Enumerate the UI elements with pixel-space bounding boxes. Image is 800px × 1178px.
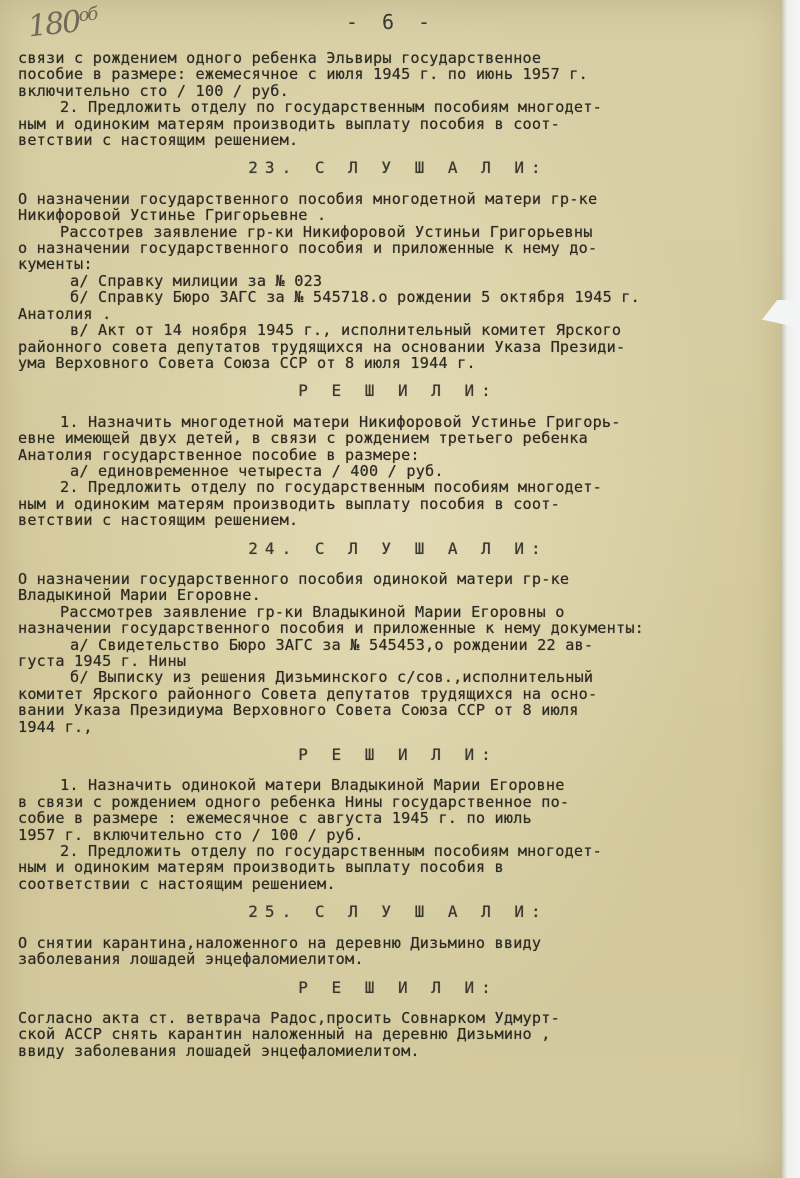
text-line: включительно сто / 100 / руб. [18,83,778,99]
decided-heading: Р Е Ш И Л И: [18,980,778,996]
text-line: кументы: [18,256,778,272]
text-line: ным и одиноким матерям производить выпла… [18,496,778,512]
heard-heading: 25. С Л У Ш А Л И: [18,904,778,920]
text-line: связи с рождением одного ребенка Эльвиры… [18,50,778,66]
agenda-item-25: 25. С Л У Ш А Л И: О снятии карантина,на… [18,904,778,1059]
text-line: Согласно акта ст. ветврача Радос,просить… [18,1010,778,1026]
text-line: О назначении государственного пособия мн… [18,191,778,207]
text-line: ввиду заболевания лошадей энцефаломиелит… [18,1043,778,1059]
text-line: ума Верховного Совета Союза ССР от 8 июл… [18,355,778,371]
continuation-block: связи с рождением одного ребенка Эльвиры… [18,50,778,148]
page-number: - 6 - [0,10,782,34]
text-line: соответствии с настоящим решением. [18,876,778,892]
text-line: а/ Свидетельство Бюро ЗАГС за № 545453,о… [18,637,778,653]
text-line: ветствии с настоящим решением. [18,132,778,148]
text-line: Никифоровой Устинье Григорьевне . [18,207,778,223]
text-line: Владыкиной Марии Егоровне. [18,587,778,603]
document-body: связи с рождением одного ребенка Эльвиры… [18,50,778,1059]
decided-heading: Р Е Ш И Л И: [18,747,778,763]
scan-edge [782,0,800,1178]
text-line: 1. Назначить многодетной матери Никифоро… [18,414,778,430]
text-line: б/ Справку Бюро ЗАГС за № 545718.о рожде… [18,289,778,305]
text-line: ным и одиноким матерям производить выпла… [18,859,778,875]
text-line: 2. Предложить отделу по государственным … [18,99,778,115]
text-line: в/ Акт от 14 ноября 1945 г., исполнитель… [18,322,778,338]
text-line: Рассотрев заявление гр-ки Никифоровой Ус… [18,224,778,240]
decided-heading: Р Е Ш И Л И: [18,383,778,399]
text-line: Анатолия . [18,306,778,322]
agenda-item-24: 24. С Л У Ш А Л И: О назначении государс… [18,541,778,893]
text-line: б/ Выписку из решения Дизьминского с/сов… [18,669,778,685]
text-line: 1944 г., [18,719,778,735]
text-line: комитет Ярского районного Совета депутат… [18,686,778,702]
agenda-item-23: 23. С Л У Ш А Л И: О назначении государс… [18,160,778,528]
text-line: евне имеющей двух детей, в связи с рожде… [18,430,778,446]
text-line: 2. Предложить отделу по государственным … [18,479,778,495]
text-line: ным и одиноким матерям производить выпла… [18,116,778,132]
text-line: О назначении государственного пособия од… [18,571,778,587]
text-line: пособие в размере: ежемесячное с июля 19… [18,66,778,82]
text-line: в связи с рождением одного ребенка Нины … [18,794,778,810]
text-line: районного совета депутатов трудящихся на… [18,339,778,355]
text-line: а/ Справку милиции за № 023 [18,273,778,289]
text-line: собие в размере : ежемесячное с августа … [18,810,778,826]
text-line: ветствии с настоящим решением. [18,512,778,528]
heard-heading: 23. С Л У Ш А Л И: [18,160,778,176]
heard-heading: 24. С Л У Ш А Л И: [18,541,778,557]
text-line: назначении государственного пособия и пр… [18,620,778,636]
text-line: густа 1945 г. Нины [18,653,778,669]
text-line: Рассмотрев заявление гр-ки Владыкиной Ма… [18,604,778,620]
text-line: о назначении государственного пособия и … [18,240,778,256]
text-line: 2. Предложить отделу по государственным … [18,843,778,859]
text-line: О снятии карантина,наложенного на деревн… [18,935,778,951]
text-line: Анатолия государственное пособие в разме… [18,447,778,463]
text-line: заболевания лошадей энцефаломиелитом. [18,951,778,967]
text-line: вании Указа Президиума Верховного Совета… [18,702,778,718]
text-line: ской АССР снять карантин наложенный на д… [18,1026,778,1042]
text-line: 1. Назначить одинокой матери Владыкиной … [18,777,778,793]
text-line: а/ единовременное четыреста / 400 / руб. [18,463,778,479]
text-line: 1957 г. включительно сто / 100 / руб. [18,827,778,843]
